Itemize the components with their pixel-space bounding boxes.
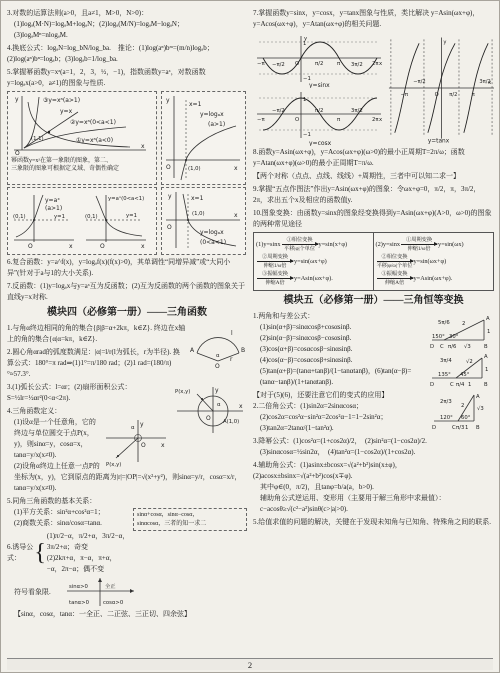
curve-label: ③y=xᵃ(a>1) [43,97,80,104]
sine-graph: −π −π/2 O π/2 π 3π/2 2π 1 −1 y x y=sinx [253,32,385,88]
arrow-top-label: ②周期变换 [262,254,288,260]
exp-function-graph-box: y=aˣ (a>1) (0,1) y=1 O x y=aˣ(0<a<1) [7,187,157,255]
tick-label: 3π/2 [351,62,363,68]
curve-label: (a>1) [45,205,62,212]
unit-circle-diagram: P(x,y) α A(1,0) O x y [173,383,247,437]
tick-label: π [337,61,341,67]
sin-cos-graphs: −π −π/2 O π/2 π 3π/2 2π 1 −1 y x y=sinx [253,32,385,146]
angle-label: α [131,425,135,431]
side-label: 1 [465,425,468,431]
angle-label: 45° [460,372,470,378]
arrow-bottom-label: 伸缩1/ω倍 [263,263,286,269]
tick-label: 1 [303,97,306,103]
curve-label: y=cosx [309,140,332,146]
trig-graphs-block: −π −π/2 O π/2 π 3π/2 2π 1 −1 y x y=sinx [253,32,494,146]
graphs-row-1: ③y=xᵃ(a>1) y=x ②y=xᵃ(0<a<1) ①y=xᵃ(a<0) (… [7,91,247,185]
curve-label: y=x [60,108,73,115]
formula-line: (2)2kπ+α，π−α，π+α，−α，2π−α；偶不变 [47,553,130,575]
x-axis-label: x [234,165,238,172]
tick-label: −π [257,117,265,123]
curve-label: ①y=xᵃ(a<0) [76,137,113,144]
formula-line: c−acosθ≥√(c²−a²)sinθ(c>|a|>0). [253,504,494,515]
brace-glyph: { [34,542,46,564]
side-label: √2 [466,358,473,365]
graphs-row-2: y=aˣ (a>1) (0,1) y=1 O x y=aˣ(0<a<1) [7,187,247,255]
side-label: 1 [487,329,490,335]
five-point-method-section: 9.掌握“五点作图法”作出y=Asin(ωx+φ)的图象：令ωx+φ=0，π/2… [253,184,494,206]
arc-length-label: l [231,330,233,337]
module-5-heading: 模块五（必修第一册）——三角恒等变换 [253,293,494,309]
side-label: 1 [485,367,488,373]
angle-label: π/4 [456,382,465,388]
origin-label: O [141,442,146,449]
inverse-function-section: 7.反函数：(1)y=logₐx与y=aˣ互为反函数；(2)互为反函数的两个函数… [7,281,247,303]
origin-label: O [166,164,171,171]
formula-line: 其中φ∈(0，π/2)，且tanφ=b/a(a，b>0). [253,482,494,493]
vertex-label: D [432,425,436,431]
vertex-label: A [476,394,480,400]
triangle-30-150-diagram: 5π/6 2 150° 30° 1 A √3 π/6 D C B [428,312,494,350]
log-graph-box-a-gt-1: x=1 y=logₐx (a>1) (1,0) O x y [161,91,246,185]
phase-first-path: (1)y=sinx ①相位变换 平移|φ|个单位 y=sin(x+φ) ②周期变… [254,233,374,290]
x-axis-label: x [141,143,145,150]
side-label: 2 [462,321,465,327]
vertex-label: B [476,425,480,431]
step-result: y=sin(ωx+φ) [294,257,327,266]
vertex-label: A [190,347,195,354]
transform-step: ③振幅变换 伸缩A倍 y=Asin(ωx+φ). [256,271,371,286]
graph-transform-intro: 10.图象变换：由函数y=sinx的图象经变换得到y=Asin(ωx+φ)(A>… [253,208,494,230]
page-number: 2 [248,660,252,670]
asymptote-label: x=1 [189,101,202,108]
page-footer: 2 [7,658,493,670]
step-result: y=Asin(ωx+φ). [414,274,453,283]
x-axis-label: x [379,61,382,67]
origin-label: O [295,61,299,67]
power-function-graph-box: ③y=xᵃ(a>1) y=x ②y=xᵃ(0<a<1) ①y=xᵃ(a<0) (… [7,91,157,185]
left-column: 3.对数的运算法则(a>0，且a≠1，M>0，N>0)： (1)logₐ(M·N… [7,8,247,622]
arrow-bottom-label: 平移|φ/ω|个单位 [377,263,413,269]
origin-label: O [206,415,211,422]
arrow-line [257,261,293,262]
step-result: y=sin(ωx) [438,240,464,249]
y-axis-label: y [168,193,172,200]
side-label: 2 [461,403,464,409]
fundamental-identities-section: 5.同角三角函数的基本关系： sinα+cosα，sinα−cosα， sinα… [7,496,247,529]
caption-line: 三象限的图象可根据定义域、奇偶性确定 [11,165,154,173]
arrow-line [257,278,293,279]
period-section: 8.函数y=Asin(ωx+φ)，y=Acos(ωx+φ)(ω>0)的最小正周期… [253,147,494,169]
step-start: (2)y=sinx [376,240,401,249]
curve-label: y=logₐx [200,111,224,118]
arrow-top-label: ②相位变换 [382,254,408,260]
point-label: (1,1) [31,136,44,142]
origin-label: O [15,150,20,156]
origin-label: O [435,92,439,98]
side-label: 1 [468,382,471,388]
curve-label: y=logₐx [200,229,224,236]
point-label: P(x,y) [175,389,190,395]
double-angle-section: 2π/3 2 120° 60° √3 A 1 π/3 D C B 【对于(5)(… [253,390,494,434]
arc-length-section: P(x,y) α A(1,0) O x y 3.(1)弧长公式：l=αr；(2)… [7,382,247,404]
vertex-label: B [241,347,245,354]
x-axis-label: x [379,117,382,123]
origin-label: O [28,243,33,250]
transform-arrow: ②相位变换 平移|φ/ω|个单位 [377,254,413,269]
induction-cases: (1)π/2−α，π/2+α，3π/2−α，3π/2+α；奇变 (2)2kπ+α… [47,531,130,575]
point-label: (0,1) [13,214,26,220]
quadrant-label: 全正 [105,582,116,590]
transform-arrow: ②周期变换 伸缩1/ω倍 [257,254,293,269]
formula-line: (3)sinαcosα=½sin2α， (4)tan²α=(1−cos2α)/(… [253,447,494,458]
tangent-graph: −π −π/2 π/2 π 3π/2 O y x y=tanx [387,32,494,146]
note-line: sinα+cosα，sinα−cosα， [137,511,243,520]
formula-label: 6.诱导公式： [7,542,33,564]
step-result: y=Asin(ωx+φ). [294,274,333,283]
formula-line: 辅助角公式逆运用、变形用（主要用于解三角形中求最值）： [253,493,494,504]
transform-step: ②相位变换 平移|φ/ω|个单位 y=sin(ωx+φ) [376,254,492,269]
triangle-60-120-diagram: 2π/3 2 120° 60° √3 A 1 π/3 D C B [428,391,494,431]
arrow-bottom-label: 伸缩1/ω倍 [408,246,431,252]
angle-label: 2π/3 [440,399,452,405]
step-start: (1)y=sinx [256,240,281,249]
value-finding-section: 5.给值求值的问题的解决，关键在于发现未知角与已知角、特殊角之间的联系. [253,517,494,528]
power-function-graph: ③y=xᵃ(a>1) y=x ②y=xᵃ(0<a<1) ①y=xᵃ(a<0) (… [8,92,152,156]
formula-line: 4.辅助角公式：(1)asinx±bcosx=√(a²+b²)sin(x±φ)，… [253,460,494,482]
y-axis-label: y [304,36,307,42]
angle-label: 5π/6 [438,320,450,326]
log-function-graph-a-gt-1: x=1 y=logₐx (a>1) (1,0) O x y [162,92,244,184]
caption-line: 幂函数y=xᵃ在第一象限的图象，第二、 [11,157,154,165]
curve-label: (0<a<1) [200,239,226,246]
power-exp-log-intro: 5.掌握幂函数y=xᵃ(a=1，2，3，½，−1)，指数函数y=aˣ，对数函数y… [7,67,247,89]
point-label: (0,1) [85,214,98,220]
angle-label: α [216,353,220,359]
transform-step: ②周期变换 伸缩1/ω倍 y=sin(ωx+φ) [256,254,371,269]
radius-label: r [230,356,233,363]
vertex-label: D [430,344,434,350]
y-axis-label: y [443,39,446,45]
formula-line: 3.降幂公式：(1)cos²α=(1+cos2α)/2， (2)sin²α=(1… [253,436,494,447]
arrow-line [377,278,413,279]
curve-label: y=aˣ(0<a<1) [108,196,144,202]
angle-label: 30° [449,334,459,340]
x-axis-label: x [488,80,491,86]
formula-line: 5.同角三角函数的基本关系： [7,496,247,507]
origin-label: O [100,243,105,250]
arrow-bottom-label: 伸缩A倍 [265,280,284,286]
origin-label: O [215,363,220,368]
curve-label: y=tanx [428,139,450,145]
module-4-heading: 模块四（必修第一册）——三角函数 [7,305,247,321]
side-label: √3 [477,405,484,412]
arrow-bottom-label: 平移|φ|个单位 [284,246,315,252]
point-label: (1,0) [188,166,201,172]
exp-graph-a-gt-1: y=aˣ (a>1) (0,1) y=1 O x [10,190,78,250]
angle-label: 150° [432,334,445,340]
curve-label: (a>1) [208,121,225,128]
angle-label: α [217,402,221,408]
angle-label: 60° [461,415,471,421]
vertex-label: B [484,344,488,350]
vertex-label: C [450,382,454,388]
tick-label: π/2 [315,108,323,114]
angle-label: 120° [440,415,453,421]
asymptote-label: y=1 [54,214,65,220]
angle-label: 135° [438,372,451,378]
quadrant-label: sinα>0 [69,584,89,590]
two-column-layout: 3.对数的运算法则(a>0，且a≠1，M>0，N>0)： (1)logₐ(M·N… [7,8,494,622]
identity-note-box: sinα+cosα，sinα−cosα， sinαcosα，三者的知一求二 [133,508,247,531]
vertex-label: B [484,382,488,388]
formula-line: 符号看象限. [7,587,51,598]
formula-line: (1)π/2−α，π/2+α，3π/2−α，3π/2+α；奇变 [47,531,130,553]
tick-label: −1 [303,132,311,138]
symmetry-note: 【两个对称（点点、点线、线线）+周期性，三者中可以知二求一】 [253,171,494,182]
auxiliary-angle-section: 4.辅助角公式：(1)asinx±bcosx=√(a²+b²)sin(x±φ)，… [253,460,494,515]
coterminal-angles-section: A B O l r α 1.与角α终边相同的角的集合{β|β=α+2kπ，k∈Z… [7,323,247,345]
transform-arrow: ①周期变换 伸缩1/ω倍 [401,237,437,252]
arrow-line [401,244,437,245]
change-of-base-section: 4.换底公式：logₐN=log_bN/log_ba. 推论：(1)log(aⁿ… [7,43,247,65]
composite-function-section: 6.复合函数：y=a^f(x)，y=logₐf(x)(f(x)>0)，其单调性“… [7,257,247,279]
log-graph-box-a-lt-1: x=1 (1,0) y=logₐx (0<a<1) O x y [161,187,246,255]
arrow-top-label: ①周期变换 [406,237,432,243]
right-column: 7.掌握函数y=sinx，y=cosx，y=tanx图象与性质，类比解决 y=A… [253,8,494,622]
tick-label: −π/2 [272,108,285,114]
step-result: y=sin(ωx+φ) [414,257,447,266]
cosine-graph: −π −π/2 O π/2 π 3π/2 2π 1 −1 x y=cosx [253,88,385,146]
tick-label: π/2 [449,92,457,98]
curve-label: y=sinx [309,82,330,88]
arrow-bottom-label: 伸缩A倍 [385,280,404,286]
transform-step: (2)y=sinx ①周期变换 伸缩1/ω倍 y=sin(ωx) [376,237,492,252]
y-axis-label: y [166,97,170,104]
transform-arrow: ③振幅变换 伸缩A倍 [377,271,413,286]
triangle-45-135-diagram: 3π/4 √2 135° 45° 1 A 1 π/4 D C B [428,350,494,388]
scanned-math-notes-page: 3.对数的运算法则(a>0，且a≠1，M>0，N>0)： (1)logₐ(M·N… [0,0,500,673]
power-reduction-section: 3.降幂公式：(1)cos²α=(1+cos2α)/2， (2)sin²α=(1… [253,436,494,458]
note-line: sinαcosα，三者的知一求二 [137,520,243,529]
arrow-line [377,261,413,262]
vertex-label: C [440,344,444,350]
y-axis-label: y [215,387,219,394]
arrow-top-label: ③振幅变换 [262,271,288,277]
formula-line: (3)logₐMⁿ=nlogₐM. [7,30,247,41]
point-label: (1,0) [192,211,205,217]
step-result: y=sin(x+φ) [319,240,348,249]
y-axis-label: y [15,96,19,103]
tick-label: −π [401,92,408,98]
tick-label: π [337,117,341,123]
tick-label: −π/2 [272,62,285,68]
angle-label: π/3 [456,425,464,431]
x-axis-label: x [239,403,243,410]
power-graph-caption: 幂函数y=xᵃ在第一象限的图象，第二、 三象限的图象可根据定义域、奇偶性确定 [8,156,156,175]
log-rules-section: 3.对数的运算法则(a>0，且a≠1，M>0，N>0)： (1)logₐ(M·N… [7,8,247,41]
mnemonic-line: 【sinα，cosα，tanα：一全正、二正弦、三正切、四余弦】 [7,609,247,620]
asymptote-label: y=1 [126,213,137,219]
arrow-top-label: ①相位变换 [287,237,313,243]
vertex-label: D [430,382,434,388]
quadrant-sign-diagram: sinα>0 全正 tanα>0 cosα>0 [65,575,137,609]
tick-label: −π [257,61,265,67]
tick-label: π [472,92,475,98]
vertex-label: C [452,425,456,431]
x-axis-label: x [161,442,165,449]
log-function-graph-a-lt-1: x=1 (1,0) y=logₐx (0<a<1) O x y [162,188,244,254]
induction-formula-section: 6.诱导公式： { (1)π/2−α，π/2+α，3π/2−α，3π/2+α；奇… [7,531,247,620]
x-axis-label: x [69,243,73,250]
sector-diagram: A B O l r α [189,324,247,368]
tick-label: −π/2 [413,79,425,85]
transform-arrow: ③振幅变换 伸缩A倍 [257,271,293,286]
terminal-side-diagram: P(x,y) α O x y [104,418,170,468]
origin-label: O [167,224,172,231]
formula-line: 3.对数的运算法则(a>0，且a≠1，M>0，N>0)： [7,8,247,19]
exp-graph-a-lt-1: y=aˣ(0<a<1) (0,1) y=1 O x [82,190,150,250]
induction-formula-row: 6.诱导公式： { (1)π/2−α，π/2+α，3π/2−α，3π/2+α；奇… [7,531,130,575]
transform-arrow: ①相位变换 平移|φ|个单位 [282,237,318,252]
angle-label: 3π/4 [440,358,452,364]
sign-rule-row: 符号看象限. sinα>0 全正 tanα>0 cosα>0 [7,575,247,609]
tick-label: π/2 [315,61,323,67]
curve-label: y=aˣ [45,197,60,204]
point-label: P(x,y) [106,462,121,468]
formula-line: (1)logₐ(M·N)=logₐM+logₐN；(2)logₐ(M/N)=lo… [7,19,247,30]
transform-step: (1)y=sinx ①相位变换 平移|φ|个单位 y=sin(x+φ) [256,237,371,252]
angle-label: π/6 [448,344,457,350]
period-first-path: (2)y=sinx ①周期变换 伸缩1/ω倍 y=sin(ωx) ②相位变换 平… [374,233,494,290]
asymptote-label: x=1 [191,195,204,202]
side-label: √3 [464,343,471,350]
x-axis-label: x [141,243,145,250]
quadrant-label: tanα>0 [69,600,90,606]
reference-triangles: 5π/6 2 150° 30° 1 A √3 π/6 D C B [428,312,494,388]
vertex-label: A [486,316,490,322]
point-label: A(1,0) [223,419,239,425]
tick-label: 3π/2 [351,108,363,114]
x-axis-label: x [234,212,238,219]
quadrant-label: cosα>0 [103,600,124,606]
vertex-label: A [484,354,488,360]
curve-label: ②y=xᵃ(0<a<1) [70,119,116,126]
origin-label: O [295,117,299,123]
transform-step: ③振幅变换 伸缩A倍 y=Asin(ωx+φ). [376,271,492,286]
trig-graphs-intro: 7.掌握函数y=sinx，y=cosx，y=tanx图象与性质，类比解决 y=A… [253,8,494,30]
arrow-top-label: ③振幅变换 [382,271,408,277]
transform-table: (1)y=sinx ①相位变换 平移|φ|个单位 y=sin(x+φ) ②周期变… [253,232,494,291]
y-axis-label: y [140,421,144,428]
sum-difference-formulas-section: 5π/6 2 150° 30° 1 A √3 π/6 D C B [253,311,494,388]
arrow-line [282,244,318,245]
